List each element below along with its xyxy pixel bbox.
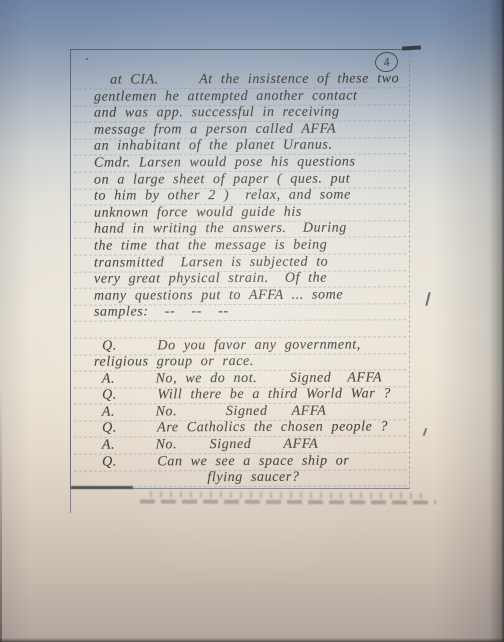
handwritten-line-question: flying saucer? bbox=[74, 470, 406, 488]
handwritten-line-question: Q. Do you favor any government, bbox=[74, 337, 406, 355]
handwritten-line-question: Q. Will there be a third World War ? bbox=[74, 387, 406, 405]
stray-pen-mark bbox=[423, 428, 428, 436]
handwritten-line: unknown force would guide his bbox=[74, 204, 406, 222]
handwritten-line-answer: A. No. Signed AFFA bbox=[74, 436, 406, 454]
photo-edge-shadow-left bbox=[0, 385, 2, 642]
handwritten-line: and was app. successful in receiving bbox=[74, 104, 406, 122]
photo-edge-shadow-bottom bbox=[0, 638, 504, 642]
handwritten-line: hand in writing the answers. During bbox=[74, 221, 406, 239]
handwritten-line-question: Q. Are Catholics the chosen people ? bbox=[74, 420, 406, 438]
scan-smudge-dots bbox=[150, 491, 422, 498]
ink-speckles bbox=[86, 58, 88, 60]
handwritten-blank-line bbox=[74, 320, 406, 338]
border-left-extension bbox=[70, 487, 71, 513]
corner-tick-mark bbox=[402, 46, 421, 51]
handwritten-line-answer: A. No, we do not. Signed AFFA bbox=[74, 370, 406, 388]
handwritten-line: at CIA. At the insistence of these two bbox=[74, 71, 406, 89]
handwritten-line: the time that the message is being bbox=[74, 237, 406, 255]
handwritten-line: gentlemen he attempted another contact bbox=[74, 88, 406, 106]
handwritten-line: to him by other 2 ) relax, and some bbox=[74, 187, 406, 205]
stray-pen-mark bbox=[425, 292, 430, 306]
page-number: 4 bbox=[382, 54, 391, 70]
handwritten-line-question: religious group or race. bbox=[74, 353, 406, 371]
handwritten-line-answer: A. No. Signed AFFA bbox=[74, 403, 406, 421]
handwritten-line: transmitted Larsen is subjected to bbox=[74, 254, 406, 272]
handwritten-line: Cmdr. Larsen would pose his questions bbox=[74, 154, 406, 172]
scan-smudge-line bbox=[140, 499, 436, 504]
handwriting-area: at CIA. At the insistence of these two g… bbox=[74, 72, 406, 487]
handwritten-line: message from a person called AFFA bbox=[74, 121, 406, 139]
scanned-memo-photo: { "page": { "page_number": "4", "lines":… bbox=[0, 0, 504, 642]
handwritten-line: an inhabitant of the planet Uranus. bbox=[74, 138, 406, 156]
handwritten-line-question: Q. Can we see a space ship or bbox=[74, 453, 406, 471]
bottom-ink-smear bbox=[71, 486, 133, 489]
handwritten-line: many questions put to AFFA ... some bbox=[74, 287, 406, 305]
handwritten-line: very great physical strain. Of the bbox=[74, 270, 406, 288]
handwritten-line: samples: -- -- -- bbox=[74, 304, 406, 322]
handwritten-line: on a large sheet of paper ( ques. put bbox=[74, 171, 406, 189]
